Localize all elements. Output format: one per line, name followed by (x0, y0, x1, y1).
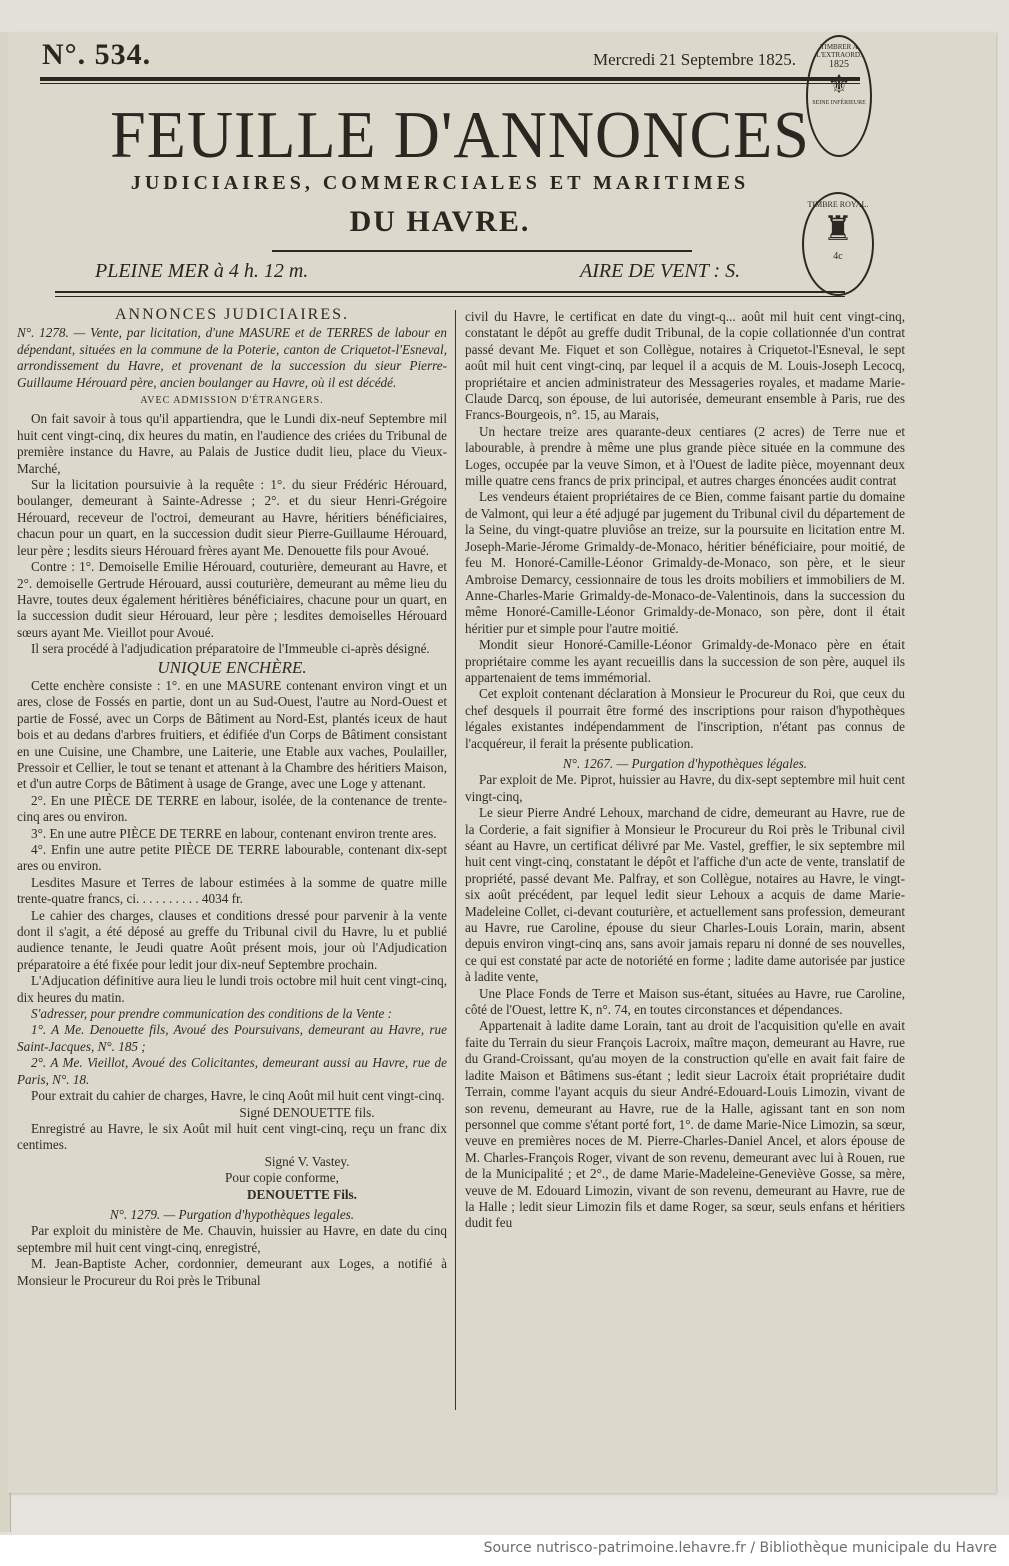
paragraph: Il sera procédé à l'adjudication prépara… (17, 641, 447, 657)
paragraph: Contre : 1°. Demoiselle Emilie Hérouard,… (17, 559, 447, 641)
figure-icon: ♜ (804, 209, 872, 251)
notice-1279-heading: N°. 1279. — Purgation d'hypothèques lega… (17, 1207, 447, 1223)
paragraph: Enregistré au Havre, le six Août mil hui… (17, 1121, 447, 1154)
tax-stamp-extraordinaire: TIMBRER A L'EXTRAORD. 1825 ⚜ SEINE INFÉR… (806, 35, 872, 157)
page-underlay (12, 1497, 1009, 1535)
paragraph: Cet exploit contenant déclaration à Mons… (465, 686, 905, 752)
header-bottom-rule-thin (55, 296, 845, 297)
source-credit: Source nutrisco-patrimoine.lehavre.fr / … (484, 1540, 997, 1556)
notice-1267-heading: N°. 1267. — Purgation d'hypothèques léga… (465, 756, 905, 772)
copy-line: Pour copie conforme, (17, 1170, 447, 1186)
tide-info: PLEINE MER à 4 h. 12 m. (95, 260, 308, 283)
paragraph: Une Place Fonds de Terre et Maison sus-é… (465, 986, 905, 1019)
stamp-royal-text: TIMBRE ROYAL. (804, 200, 872, 209)
stamp-year: 1825 (808, 59, 870, 70)
masthead-place: DU HAVRE. (0, 205, 880, 239)
stamp-text: TIMBRER A L'EXTRAORD. (808, 43, 870, 59)
issue-date: Mercredi 21 Septembre 1825. (593, 50, 796, 70)
issue-number: N°. 534. (42, 38, 151, 72)
stamp-value: 4c (804, 251, 872, 262)
paragraph: 1°. A Me. Denouette fils, Avoué des Pour… (17, 1022, 447, 1055)
paragraph: Pour extrait du cahier de charges, Havre… (17, 1088, 447, 1104)
paragraph: Mondit sieur Honoré-Camille-Léonor Grima… (465, 637, 905, 686)
masthead-title: FEUILLE D'ANNONCES (40, 96, 880, 174)
wind-info: AIRE DE VENT : S. (580, 260, 740, 283)
paragraph: L'Adjucation définitive aura lieu le lun… (17, 973, 447, 1006)
fleur-de-lis-icon: ⚜ (808, 70, 870, 100)
paragraph: Un hectare treize ares quarante-deux cen… (465, 424, 905, 490)
header-bottom-rule (55, 291, 845, 293)
paragraph: Appartenait à ladite dame Lorain, tant a… (465, 1018, 905, 1231)
paragraph: Par exploit du ministère de Me. Chauvin,… (17, 1223, 447, 1256)
paragraph: Par exploit de Me. Piprot, huissier au H… (465, 772, 905, 805)
section-title: ANNONCES JUDICIAIRES. (17, 307, 447, 323)
paragraph: Le cahier des charges, clauses et condit… (17, 908, 447, 974)
paragraph: 3°. En une autre PIÈCE DE TERRE en labou… (17, 826, 447, 842)
paragraph: Sur la licitation poursuivie à la requêt… (17, 477, 447, 559)
top-rule-thin (40, 83, 860, 84)
notice-1278-intro: N°. 1278. — Vente, par licitation, d'une… (17, 325, 447, 391)
paragraph: On fait savoir à tous qu'il appartiendra… (17, 411, 447, 477)
paragraph: 4°. Enfin une autre petite PIÈCE DE TERR… (17, 842, 447, 875)
admission-heading: AVEC ADMISSION D'ÉTRANGERS. (17, 393, 447, 409)
masthead-subtitle: JUDICIAIRES, COMMERCIALES ET MARITIMES (0, 172, 880, 195)
paragraph: Le sieur Pierre André Lehoux, marchand d… (465, 805, 905, 985)
signature: Signé DENOUETTE fils. (17, 1105, 447, 1121)
signature: DENOUETTE Fils. (17, 1187, 447, 1203)
right-column: civil du Havre, le certificat en date du… (465, 309, 905, 1232)
mid-rule (272, 250, 692, 252)
auction-heading: UNIQUE ENCHÈRE. (17, 660, 447, 676)
paragraph: S'adresser, pour prendre communication d… (17, 1006, 447, 1022)
paragraph: Cette enchère consiste : 1°. en une MASU… (17, 678, 447, 793)
paragraph: M. Jean-Baptiste Acher, cordonnier, deme… (17, 1256, 447, 1289)
paragraph: civil du Havre, le certificat en date du… (465, 309, 905, 424)
signature: Signé V. Vastey. (17, 1154, 447, 1170)
top-rule (40, 77, 860, 81)
column-separator (455, 310, 456, 1410)
left-column: ANNONCES JUDICIAIRES. N°. 1278. — Vente,… (17, 307, 447, 1289)
royal-stamp: TIMBRE ROYAL. ♜ 4c (802, 192, 874, 296)
paragraph: Les vendeurs étaient propriétaires de ce… (465, 489, 905, 637)
paragraph: 2°. A Me. Vieillot, Avoué des Colicitant… (17, 1055, 447, 1088)
stamp-bottom-text: SEINE INFÉRIEURE (808, 100, 870, 106)
paragraph: 2°. En une PIÈCE DE TERRE en labour, iso… (17, 793, 447, 826)
paragraph: Lesdites Masure et Terres de labour esti… (17, 875, 447, 908)
